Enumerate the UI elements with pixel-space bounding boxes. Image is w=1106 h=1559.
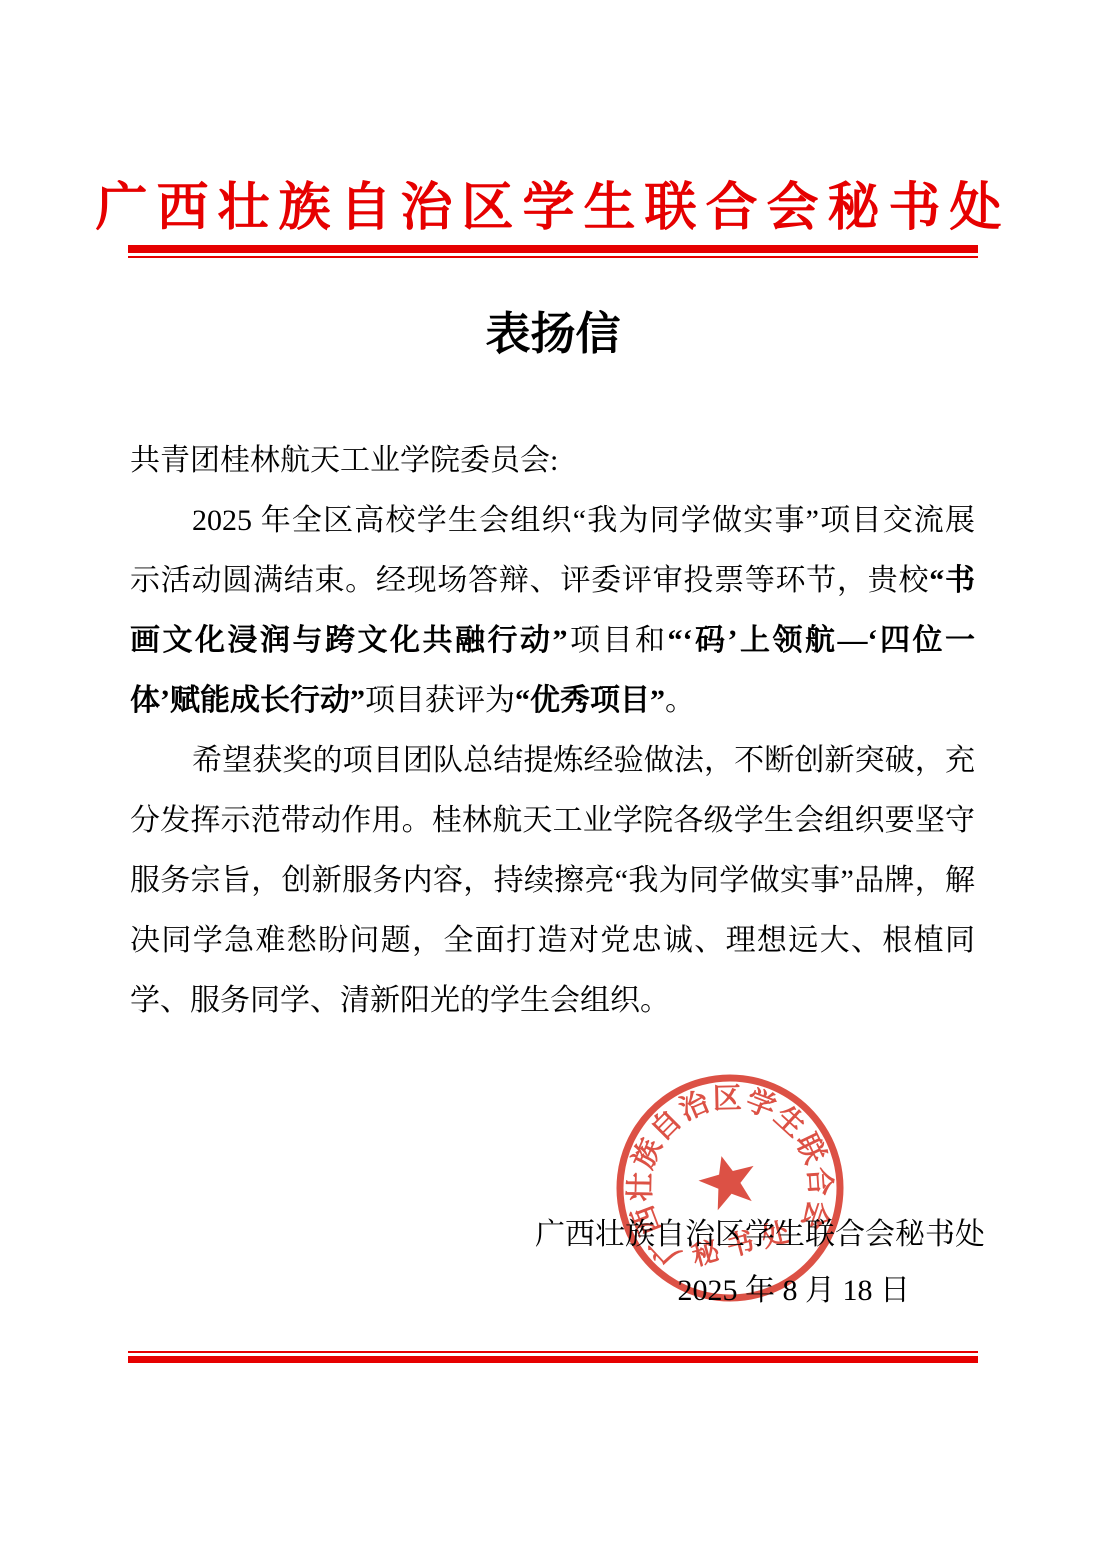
body-text: 2025 年全区高校学生会组织“我为同学做实事”项目交流展示活动圆满结束。经现场… xyxy=(130,504,975,597)
body-text: 。 xyxy=(665,684,695,717)
emphasized-text: “优秀项目” xyxy=(515,684,665,717)
red-star-icon xyxy=(694,1149,762,1213)
paragraph: 希望获奖的项目团队总结提炼经验做法，不断创新突破，充分发挥示范带动作用。桂林航天… xyxy=(130,731,975,1031)
signoff-date: 2025 年 8 月 18 日 xyxy=(0,1261,910,1321)
body-text: 项目获评为 xyxy=(365,684,515,717)
body-text: 希望获奖的项目团队总结提炼经验做法，不断创新突破，充分发挥示范带动作用。桂林航天… xyxy=(130,744,975,1017)
document-title: 表扬信 xyxy=(0,303,1106,365)
paragraph: 2025 年全区高校学生会组织“我为同学做实事”项目交流展示活动圆满结束。经现场… xyxy=(130,491,975,731)
signoff-org-name: 广西壮族自治区学生联合会秘书处 xyxy=(0,1205,985,1265)
footer-divider-thin-line xyxy=(128,1351,978,1353)
letterhead-divider-thick-line xyxy=(128,245,978,253)
body-paragraphs: 2025 年全区高校学生会组织“我为同学做实事”项目交流展示活动圆满结束。经现场… xyxy=(130,491,975,1031)
letterhead-org-name: 广西壮族自治区学生联合会秘书处 xyxy=(0,176,1106,242)
footer-divider-thick-line xyxy=(128,1356,978,1363)
footer-divider xyxy=(128,1351,978,1363)
salutation: 共青团桂林航天工业学院委员会: xyxy=(130,431,975,491)
document-page: 广西壮族自治区学生联合会秘书处 表扬信 共青团桂林航天工业学院委员会: 2025… xyxy=(0,0,1106,1559)
letterhead-divider-thin-line xyxy=(128,256,978,258)
letterhead-divider xyxy=(128,245,978,258)
body-text: 项目和 xyxy=(568,624,668,657)
letter-body: 共青团桂林航天工业学院委员会: 2025 年全区高校学生会组织“我为同学做实事”… xyxy=(130,431,975,1031)
